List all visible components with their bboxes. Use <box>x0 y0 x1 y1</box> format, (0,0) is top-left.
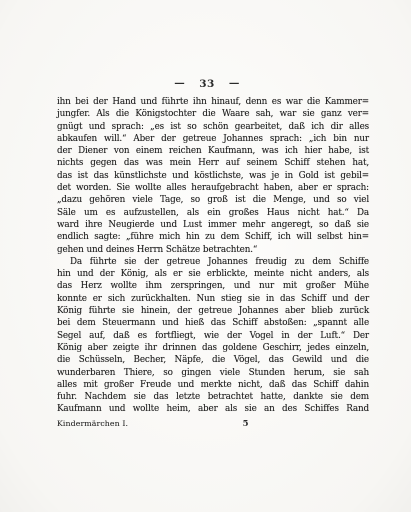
text-line: das Herz wollte ihm zerspringen, und nur… <box>57 280 369 292</box>
text-line: ward ihre Neugierde und Lust immer mehr … <box>57 219 369 231</box>
text-line: gnügt und sprach: „es ist so schön gearb… <box>57 121 369 133</box>
text-line: König aber zeigte ihr drinnen das golden… <box>57 342 369 354</box>
book-page: —33— ihn bei der Hand und führte ihn hin… <box>0 0 411 512</box>
text-line: det worden. Sie wollte alles heraufgebra… <box>57 182 369 194</box>
text-line: „dazu gehören viele Tage, so groß ist di… <box>57 194 369 206</box>
text-line: König führte sie hinein, der getreue Joh… <box>57 305 369 317</box>
text-line: fuhr. Nachdem sie das letzte betrachtet … <box>57 391 369 403</box>
text-line: bei dem Steuermann und hieß das Schiff a… <box>57 317 369 329</box>
text-line: Da führte sie der getreue Johannes freud… <box>57 256 369 268</box>
paragraph-1: ihn bei der Hand und führte ihn hinauf, … <box>57 96 369 256</box>
text-line: alles mit großer Freude und merkte nicht… <box>57 379 369 391</box>
header-dash-left: — <box>174 77 185 89</box>
text-line: ihn bei der Hand und führte ihn hinauf, … <box>57 96 369 108</box>
text-line: abkaufen will.“ Aber der getreue Johanne… <box>57 133 369 145</box>
header-dash-right: — <box>229 77 240 89</box>
page-footer: Kindermärchen I. 5 <box>57 419 369 431</box>
text-line: Säle um es aufzustellen, als ein großes … <box>57 207 369 219</box>
text-line: hin und der König, als er sie erblickte,… <box>57 268 369 280</box>
text-line: wunderbaren Thiere, so gingen viele Stun… <box>57 367 369 379</box>
text-line: gehen und deines Herrn Schätze betrachte… <box>57 244 369 256</box>
sheet-signature-mark: 5 <box>243 419 249 429</box>
text-line: konnte er sich zurückhalten. Nun stieg s… <box>57 293 369 305</box>
page-number: 33 <box>199 78 215 90</box>
text-line: endlich sagte: „führe mich hin zu dem Sc… <box>57 231 369 243</box>
text-line: nichts gegen das was mein Herr auf seine… <box>57 157 369 169</box>
text-line: die Schüsseln, Becher, Näpfe, die Vögel,… <box>57 354 369 366</box>
text-line: der Diener von einem reichen Kaufmann, w… <box>57 145 369 157</box>
text-line: Kaufmann und wollte heim, aber als sie a… <box>57 403 369 415</box>
paragraph-2: Da führte sie der getreue Johannes freud… <box>57 256 369 416</box>
volume-signature-label: Kindermärchen I. <box>57 419 128 428</box>
text-line: das ist das künstlichste und köstlichste… <box>57 170 369 182</box>
text-line: jungfer. Als die Königstochter die Waare… <box>57 108 369 120</box>
text-block: ihn bei der Hand und führte ihn hinauf, … <box>57 96 369 416</box>
page-header: —33— <box>57 78 357 90</box>
text-line: Segel auf, daß es fortfliegt, wie der Vo… <box>57 330 369 342</box>
